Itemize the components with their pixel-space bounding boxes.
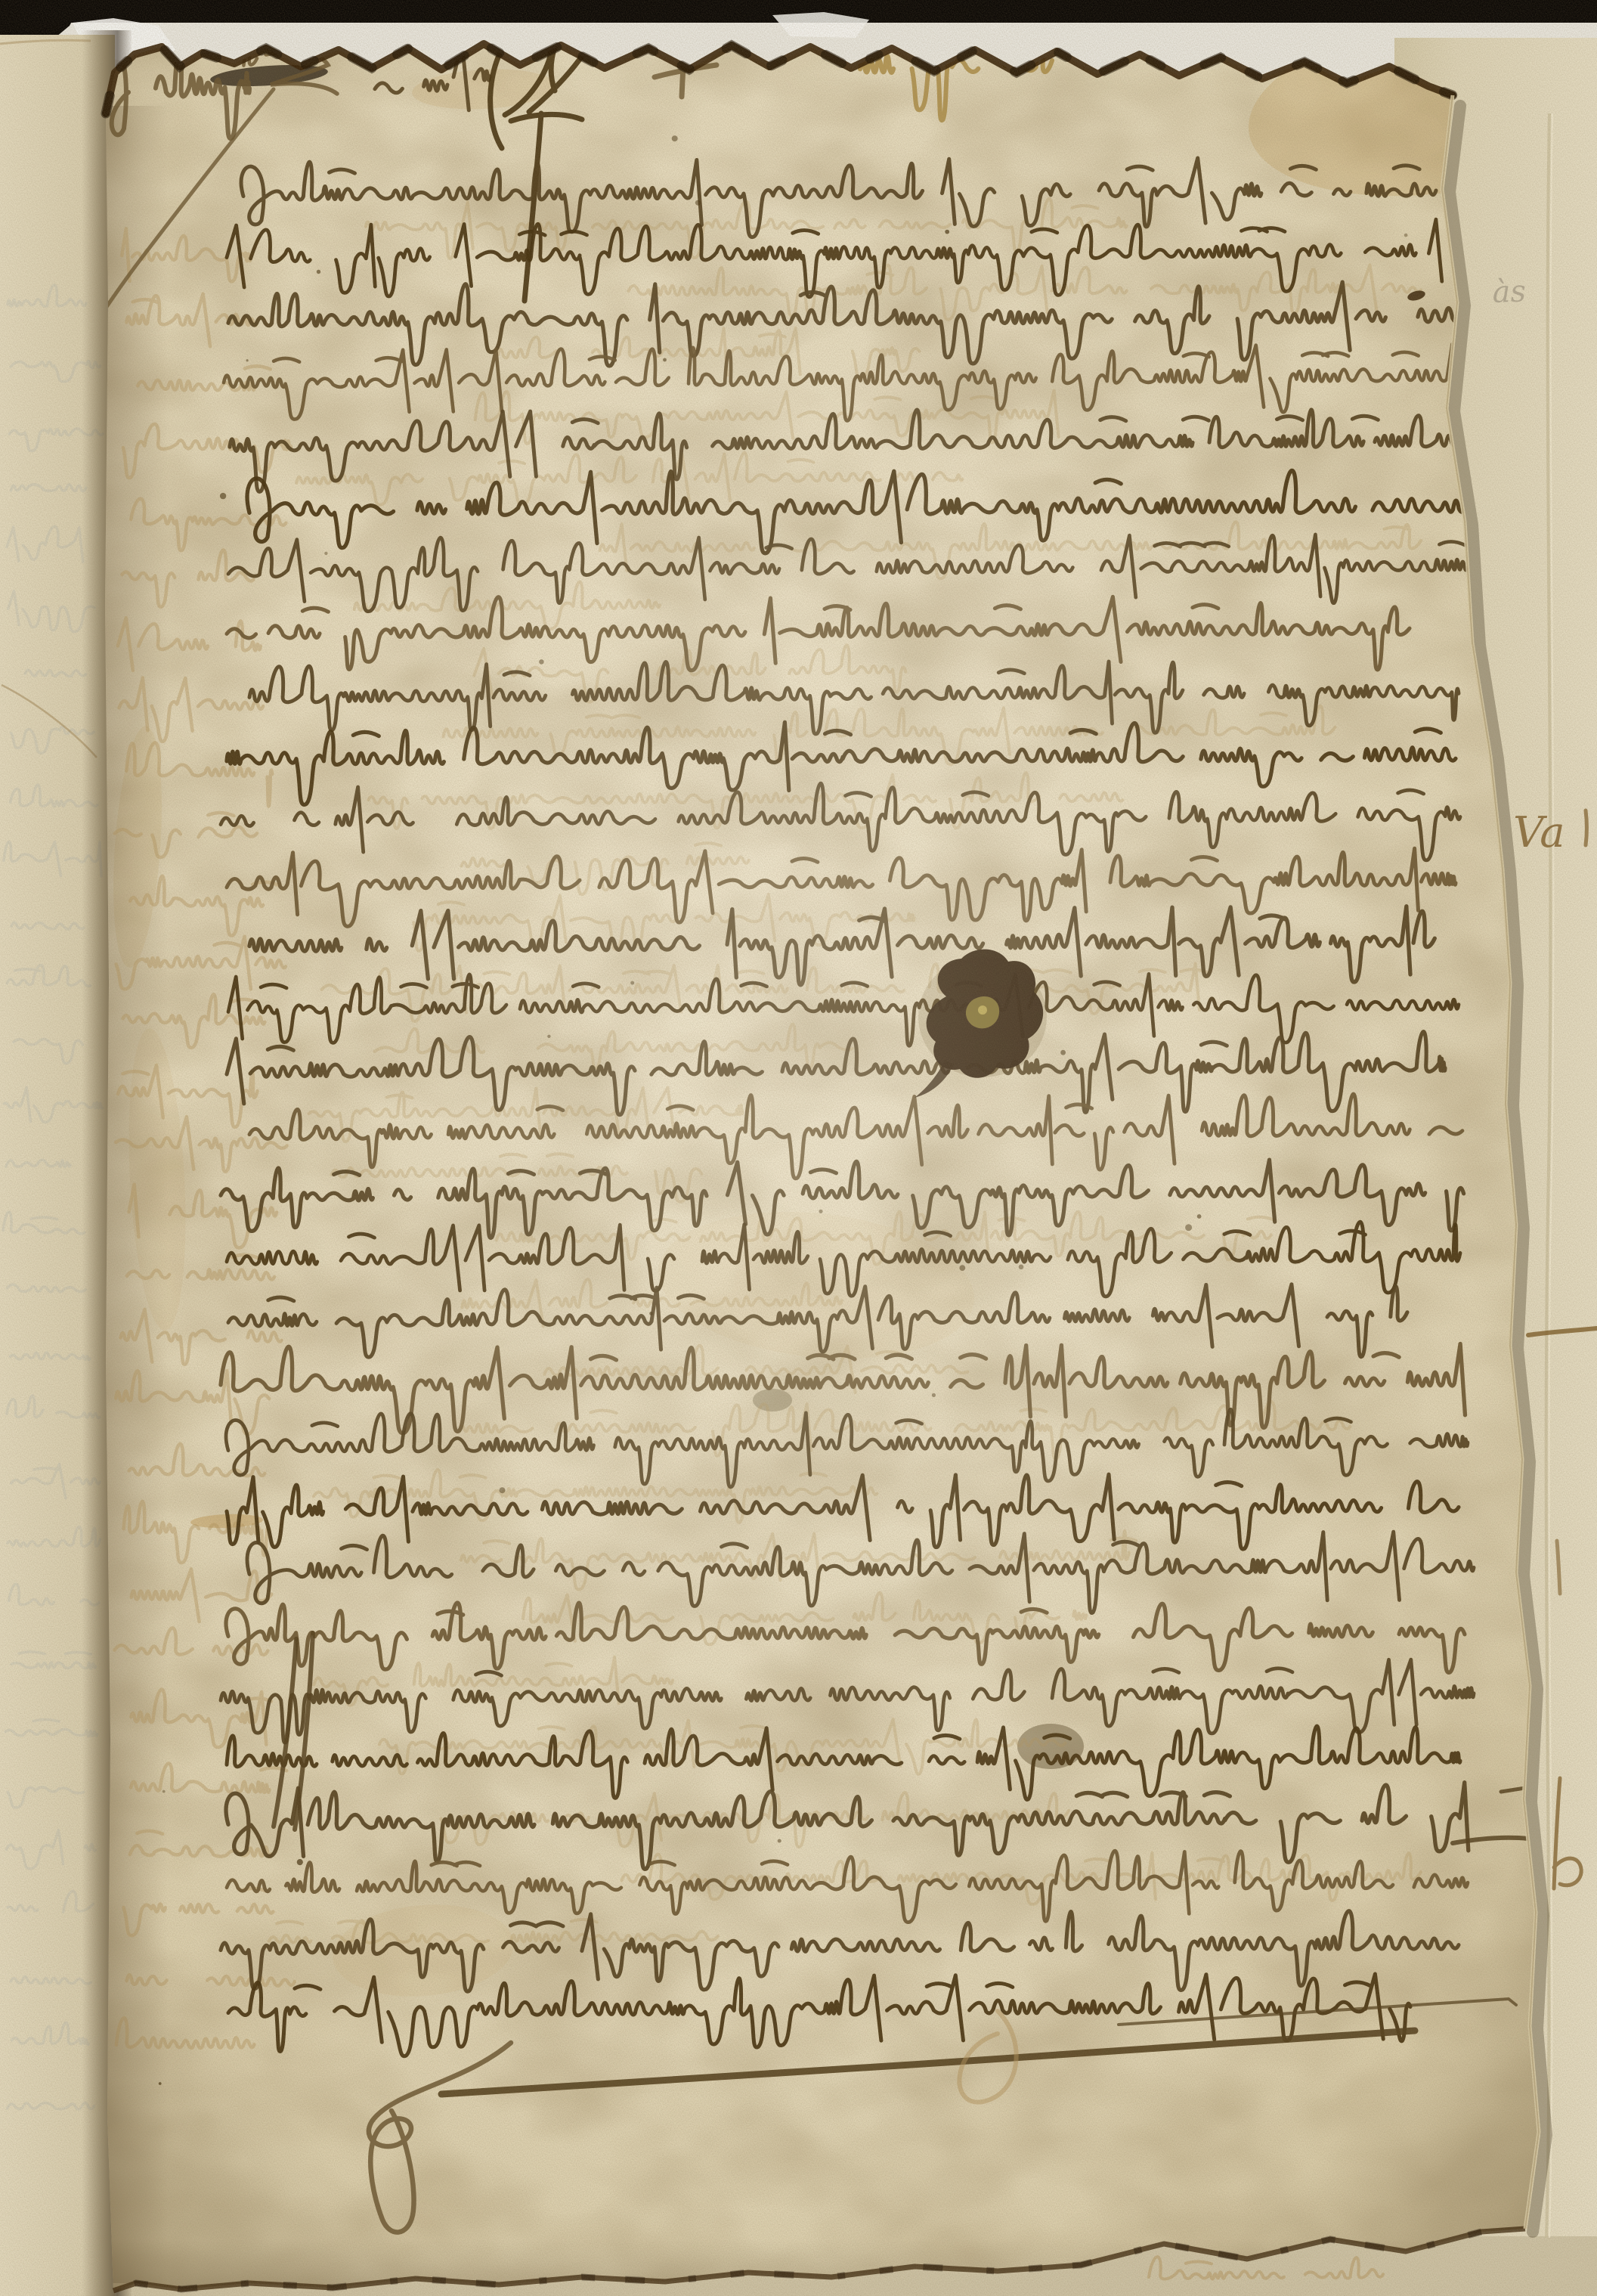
manuscript-svg: às Va	[0, 0, 1597, 2296]
photo-grain	[0, 0, 1597, 2296]
manuscript-photo: às Va	[0, 0, 1597, 2296]
